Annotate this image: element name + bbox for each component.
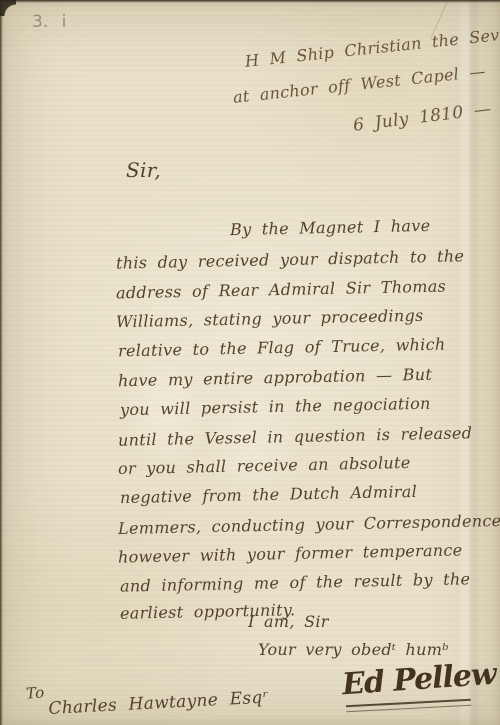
recipient-to: To [25, 683, 45, 702]
letter-page: 3. i H M Ship Christian the Seventh at a… [0, 0, 500, 725]
cut-off-text-line: ‸‸‿‸‿‸‸‿‸ [120, 720, 320, 725]
body-line: and informing me of the result by the [120, 569, 471, 595]
body-line: this day received your dispatch to the [116, 246, 464, 272]
body-line: Williams, stating your proceedings [116, 306, 424, 331]
salutation: Sir, [126, 158, 161, 182]
closing-line: Your very obedᵗ humᵇ [258, 640, 449, 659]
recipient-name: Charles Hawtayne Esqʳ [48, 687, 269, 719]
page-corner-curl [0, 0, 16, 16]
body-line: however with your former temperance [118, 540, 463, 566]
archival-mark: 3. i [32, 12, 66, 32]
closing-line: I am, Sir [248, 612, 329, 631]
body-opening-line: By the Magnet I have [230, 216, 431, 239]
page-left-edge [0, 0, 3, 725]
heading-date-line: 6 July 1810 — [352, 99, 492, 136]
body-line: address of Rear Admiral Sir Thomas [116, 277, 446, 303]
signature: Ed Pellew [341, 657, 497, 703]
page-top-edge [0, 0, 500, 3]
